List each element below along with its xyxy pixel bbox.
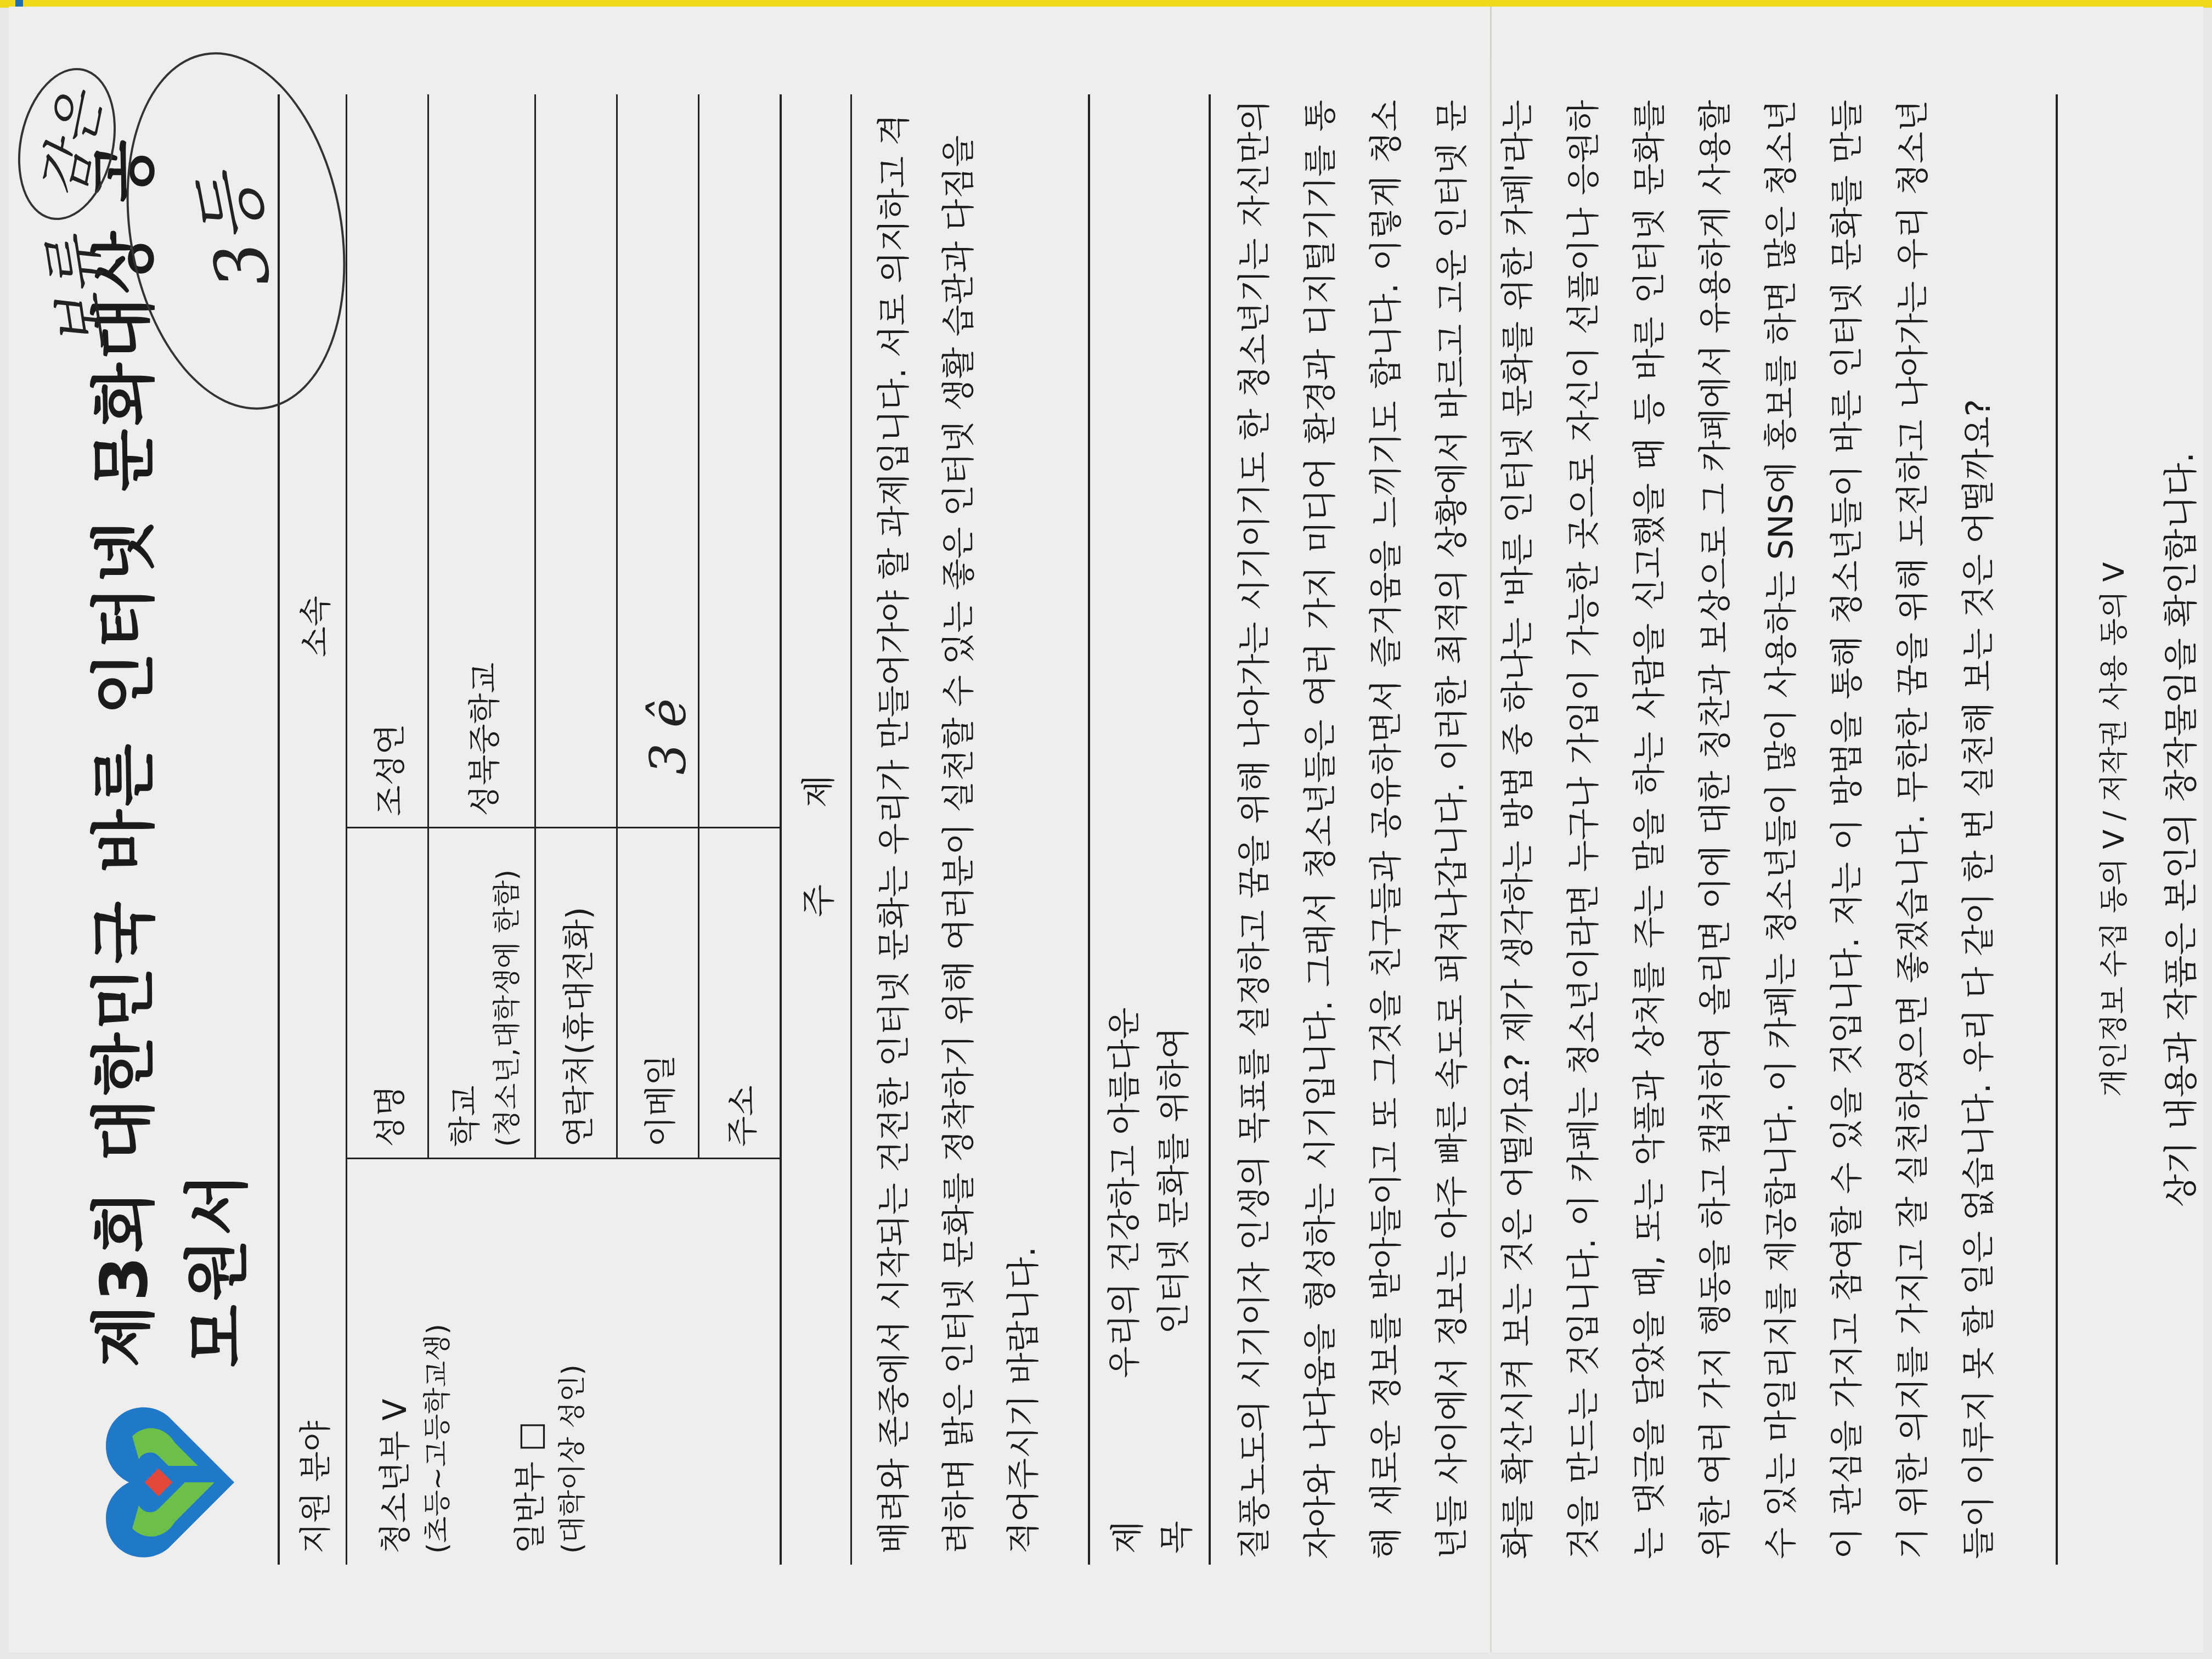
subject-label: 제 목 — [1089, 1389, 1209, 1565]
blue-tape-mark — [15, 0, 23, 7]
subject-section: 제 목 우리의 건강하고 아름다운 인터넷 문화를 위하여 — [1088, 94, 1209, 1565]
paper-tear-line — [1490, 7, 1492, 1652]
application-form-sheet: 감은 보류 3등 3 ê 제3회 대한민국 바른 인터넷 문화대상 공모원서 지… — [9, 7, 2203, 1652]
subject-line-1: 우리의 건강하고 아름다운 — [1100, 105, 1149, 1378]
handwritten-mark: 보류 — [23, 232, 125, 359]
topic-text: 배려와 존중에서 시작되는 건전한 인터넷 문화는 우리가 만들어가야 할 과제… — [851, 94, 1066, 1565]
subject-line-2: 인터넷 문화를 위하여 — [1149, 105, 1199, 1378]
applicant-info-table: 지원 분야 소속 청소년부 V (초등~고등학교생) 일반부 □ (대학이상 성… — [278, 94, 780, 1565]
name-value[interactable]: 조성연 — [347, 94, 428, 828]
school-note: (청소년,대학생에 한함) — [485, 840, 524, 1147]
address-label: 주소 — [699, 828, 780, 1159]
consent-checkboxes[interactable]: 개인정보 수집 동의 V / 저작권 사용 동의 V — [2091, 94, 2132, 1565]
school-value[interactable]: 성북중학교 — [428, 94, 535, 828]
heart-logo-icon — [83, 1400, 247, 1565]
name-label: 성명 — [347, 828, 428, 1159]
email-label: 이메일 — [617, 828, 699, 1159]
youth-division-option[interactable]: 청소년부 V — [369, 1171, 415, 1554]
topic-section: 주 제 배려와 존중에서 시작되는 건전한 인터넷 문화는 우리가 만들어가야 … — [780, 94, 1066, 1565]
address-value[interactable] — [699, 94, 780, 828]
phone-value[interactable] — [535, 94, 617, 828]
topic-label: 주 제 — [781, 94, 851, 1565]
divider — [2056, 94, 2058, 1565]
essay-body: 질풍노도의 시기이자 인생의 목표를 설정하고 꿈을 위해 나아가는 시기이기도… — [1209, 94, 2023, 1565]
handwritten-scribble: 3 ê — [640, 698, 697, 775]
field-label: 지원 분야 — [279, 1159, 347, 1565]
school-label: 학교 — [439, 840, 485, 1147]
phone-label: 연락처(휴대전화) — [535, 828, 617, 1159]
general-division-option[interactable]: 일반부 □ — [504, 1171, 550, 1554]
general-division-note: (대학이상 성인) — [550, 1171, 590, 1554]
youth-division-note: (초등~고등학교생) — [415, 1171, 455, 1554]
originality-confirmation: 상기 내용과 작품은 본인의 창작물임을 확인합니다. — [2154, 94, 2203, 1565]
